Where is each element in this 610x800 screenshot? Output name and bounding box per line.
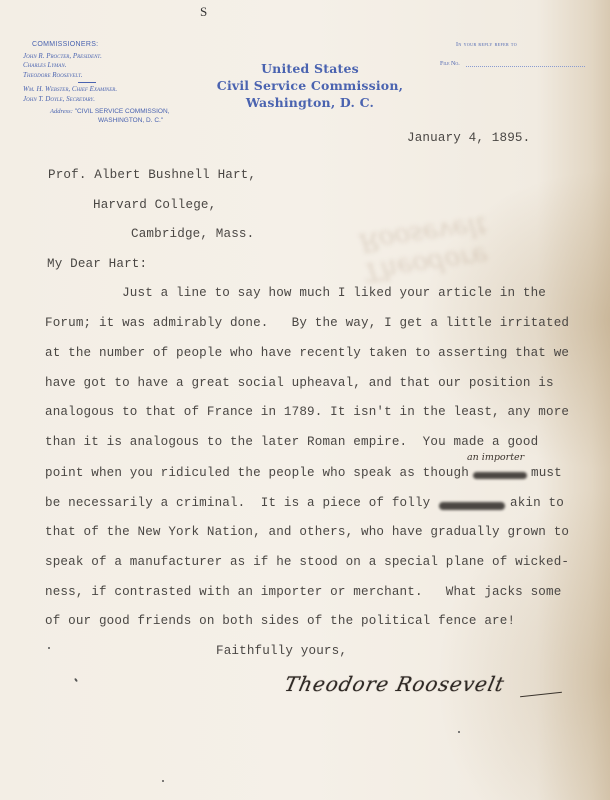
archive-mark: S bbox=[200, 4, 207, 20]
handwritten-insertion: an importer bbox=[467, 452, 524, 463]
signature: Theodore Roosevelt bbox=[282, 672, 507, 696]
letterhead-line-1: United States bbox=[205, 60, 415, 77]
body-line: ness, if contrasted with an importer or … bbox=[45, 585, 561, 599]
body-line: at the number of people who have recentl… bbox=[45, 346, 569, 360]
file-number-label: File No. bbox=[440, 61, 460, 67]
body-line-tail: must bbox=[531, 466, 562, 480]
recipient-name: Prof. Albert Bushnell Hart, bbox=[48, 168, 256, 182]
commissioner-name: Charles Lyman. bbox=[18, 61, 188, 71]
closing: Faithfully yours, bbox=[216, 644, 347, 658]
letterhead-title: United States Civil Service Commission, … bbox=[205, 60, 415, 111]
address-label: Address: bbox=[50, 108, 73, 115]
body-line-tail: akin to bbox=[510, 496, 564, 510]
commissioner-name: John R. Procter, President. bbox=[18, 52, 188, 62]
body-line: be necessarily a criminal. It is a piece… bbox=[45, 496, 430, 510]
struck-out-word bbox=[439, 502, 505, 510]
body-line: that of the New York Nation, and others,… bbox=[45, 525, 569, 539]
recipient-city: Cambridge, Mass. bbox=[131, 227, 254, 241]
body-line: Just a line to say how much I liked your… bbox=[45, 286, 546, 300]
staff-name: John T. Doyle, Secretary. bbox=[18, 95, 188, 105]
commissioner-name: Theodore Roosevelt. bbox=[18, 71, 188, 81]
body-line: Forum; it was admirably done. By the way… bbox=[45, 316, 569, 330]
ink-speck bbox=[48, 647, 50, 649]
struck-out-word bbox=[473, 472, 527, 479]
salutation: My Dear Hart: bbox=[47, 257, 147, 271]
letterhead-reply-reference: In your reply refer to File No. bbox=[440, 42, 590, 67]
address-line-1: "CIVIL SERVICE COMMISSION, bbox=[75, 108, 170, 115]
ink-speck bbox=[458, 731, 460, 733]
file-number-blank bbox=[466, 60, 585, 67]
body-line: speak of a manufacturer as if he stood o… bbox=[45, 555, 569, 569]
address-line-2: WASHINGTON, D. C." bbox=[50, 116, 188, 125]
reply-refer-text: In your reply refer to bbox=[440, 42, 590, 48]
body-line: point when you ridiculed the people who … bbox=[45, 466, 469, 480]
staff-name: Wm. H. Webster, Chief Examiner. bbox=[18, 85, 188, 95]
body-line: than it is analogous to the later Roman … bbox=[45, 435, 538, 449]
letter-date: January 4, 1895. bbox=[407, 131, 530, 145]
recipient-institution: Harvard College, bbox=[93, 198, 216, 212]
body-line: of our good friends on both sides of the… bbox=[45, 614, 515, 628]
letterhead-line-2: Civil Service Commission, bbox=[205, 77, 415, 94]
commissioners-heading: COMMISSIONERS: bbox=[18, 40, 188, 50]
letterhead-line-3: Washington, D. C. bbox=[205, 94, 415, 111]
commission-address: Address: "CIVIL SERVICE COMMISSION, WASH… bbox=[18, 107, 188, 125]
ink-speck bbox=[162, 780, 164, 782]
letterhead-commissioners: COMMISSIONERS: John R. Procter, Presiden… bbox=[18, 40, 188, 125]
body-line: have got to have a great social upheaval… bbox=[45, 376, 554, 390]
file-number-field: File No. bbox=[440, 60, 590, 67]
letterhead-divider bbox=[78, 82, 96, 83]
body-line: analogous to that of France in 1789. It … bbox=[45, 405, 569, 419]
